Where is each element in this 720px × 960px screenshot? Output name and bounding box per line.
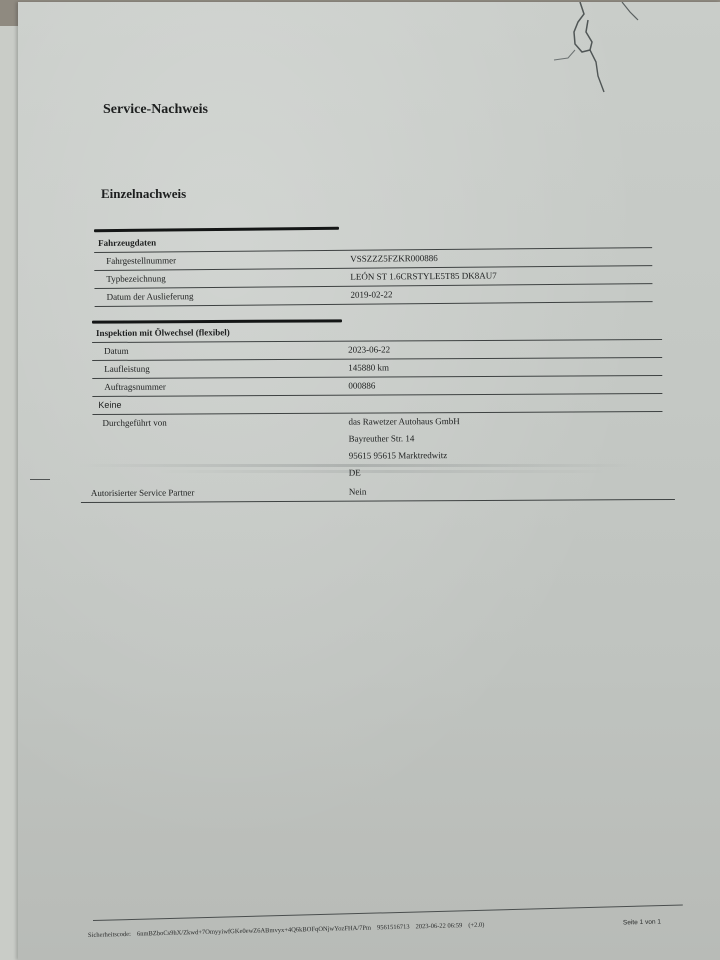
order-number-value: 000886 bbox=[348, 381, 375, 391]
dealer-street: Bayreuther Str. 14 bbox=[349, 433, 415, 443]
dealer-name: das Rawetzer Autohaus GmbH bbox=[348, 416, 459, 427]
footer-timestamp: 2023-06-22 06:59 bbox=[415, 922, 462, 930]
authorized-partner-label: Autorisierter Service Partner bbox=[91, 487, 195, 498]
section-rule bbox=[94, 227, 339, 233]
paper-tear-mark bbox=[520, 2, 720, 102]
vin-label: Fahrgestellnummer bbox=[106, 255, 176, 266]
footer-version: (+2.0) bbox=[468, 922, 484, 929]
mileage-label: Laufleistung bbox=[104, 364, 150, 374]
delivery-date-label: Datum der Auslieferung bbox=[106, 291, 193, 302]
reference-number: 9561516713 bbox=[377, 924, 410, 932]
type-label: Typbezeichnung bbox=[106, 273, 165, 284]
dealer-city: 95615 95615 Marktredwitz bbox=[349, 450, 448, 461]
performed-by-label: Durchgeführt von bbox=[102, 418, 166, 428]
note-text: Keine bbox=[98, 400, 121, 410]
table-row: Datum der Auslieferung 2019-02-22 bbox=[94, 284, 652, 307]
mileage-value: 145880 km bbox=[348, 362, 389, 372]
inspection-header: Inspektion mit Ölwechsel (flexibel) bbox=[96, 327, 230, 338]
performed-by-row: Durchgeführt von das Rawetzer Autohaus G… bbox=[92, 412, 662, 485]
type-value: LEÓN ST 1.6CRSTYLE5T85 DK8AU7 bbox=[350, 270, 496, 281]
dealer-country: DE bbox=[349, 468, 361, 478]
inspection-section: Inspektion mit Ölwechsel (flexibel) Datu… bbox=[92, 322, 663, 503]
order-number-label: Auftragsnummer bbox=[104, 382, 166, 392]
vehicle-data-header: Fahrzeugdaten bbox=[98, 237, 156, 248]
footer-rule bbox=[93, 905, 683, 921]
security-footer: Sicherheitscode:6nmBZboCs9hX/Zkwd+7Omyyi… bbox=[88, 921, 491, 939]
document-title: Service-Nachweis bbox=[103, 102, 208, 118]
document-subtitle: Einzelnachweis bbox=[101, 186, 186, 202]
security-code: 6nmBZboCs9hX/Zkwd+7OmyyiwfGKe0ewZ6ABmvyx… bbox=[137, 925, 371, 938]
inspection-date-label: Datum bbox=[104, 346, 129, 356]
margin-mark bbox=[30, 479, 50, 480]
inspection-date-value: 2023-06-22 bbox=[348, 344, 390, 354]
document-page: Service-Nachweis Einzelnachweis Fahrzeug… bbox=[18, 2, 720, 960]
delivery-date-value: 2019-02-22 bbox=[350, 289, 392, 299]
vehicle-data-section: Fahrzeugdaten Fahrgestellnummer VSSZZZ5F… bbox=[94, 230, 653, 307]
security-code-label: Sicherheitscode: bbox=[88, 931, 131, 939]
vin-value: VSSZZZ5FZKR000886 bbox=[350, 253, 438, 264]
authorized-partner-value: Nein bbox=[349, 487, 367, 497]
authorized-partner-row: Autorisierter Service Partner Nein bbox=[81, 482, 675, 503]
page-number: Seite 1 von 1 bbox=[623, 919, 661, 927]
